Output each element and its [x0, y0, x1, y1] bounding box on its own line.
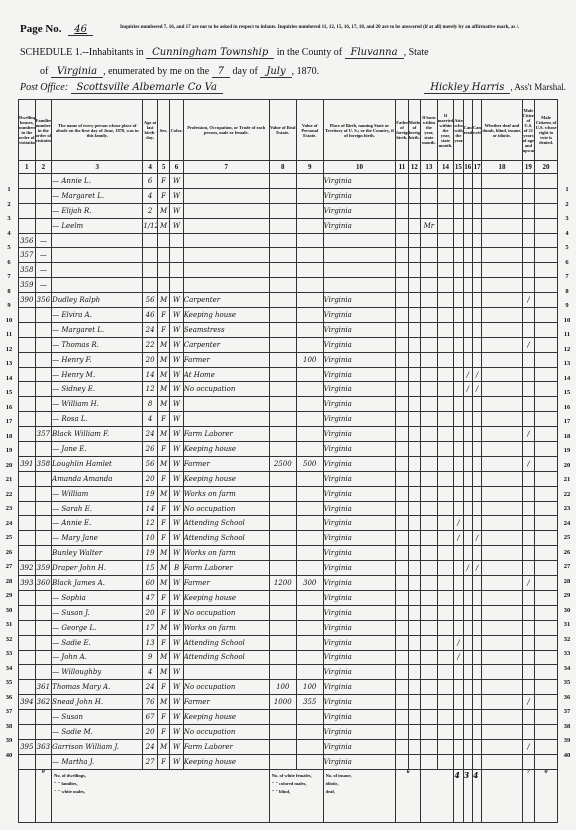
family-number: [35, 665, 52, 680]
column-number: 16: [463, 161, 472, 174]
table-row: 392359Draper John H.15MBFarm LaborerVirg…: [19, 561, 558, 576]
vote-denied: [535, 695, 558, 710]
citizen-21: [522, 531, 534, 546]
line-number: 40: [562, 752, 572, 759]
sex: M: [157, 382, 169, 397]
vote-denied: [535, 427, 558, 442]
dwellings-label: No. of dwellings,: [54, 773, 267, 778]
table-row: 357—: [19, 248, 558, 263]
birthplace: Virginia: [323, 367, 396, 382]
sex: F: [157, 442, 169, 457]
real-estate-value: [269, 486, 296, 501]
dwelling-number: [19, 486, 36, 501]
occupation: [183, 188, 269, 203]
line-number: 32: [4, 636, 14, 643]
attended-school: /: [454, 650, 463, 665]
color: [170, 233, 183, 248]
dwelling-number: [19, 471, 36, 486]
column-number: 1: [19, 161, 36, 174]
age: 27: [143, 754, 158, 769]
tally-write: 4: [472, 769, 481, 822]
age: 4: [143, 188, 158, 203]
birthplace: Virginia: [323, 635, 396, 650]
citizen-21: [522, 471, 534, 486]
dwelling-number: [19, 174, 36, 189]
attended-school: [454, 665, 463, 680]
vote-denied: [535, 516, 558, 531]
line-number: 29: [4, 592, 14, 599]
father-foreign: [396, 546, 408, 561]
birthplace: Virginia: [323, 680, 396, 695]
line-number: 11: [4, 331, 14, 338]
color: B: [170, 561, 183, 576]
personal-estate-value: [296, 188, 323, 203]
real-estate-value: [269, 427, 296, 442]
disability: [482, 561, 522, 576]
color: W: [170, 516, 183, 531]
citizen-21: [522, 174, 534, 189]
disability: [482, 263, 522, 278]
footer-counts-mid: No. of white females, " " colored males,…: [269, 769, 323, 822]
line-number: 30: [562, 607, 572, 614]
cannot-write: [472, 635, 481, 650]
mother-foreign: [408, 248, 420, 263]
born-month: [421, 278, 438, 293]
father-foreign: [396, 605, 408, 620]
vote-denied: [535, 337, 558, 352]
vote-denied: [535, 397, 558, 412]
family-number: [35, 471, 52, 486]
born-month: [421, 203, 438, 218]
line-number: 33: [562, 650, 572, 657]
vote-denied: [535, 546, 558, 561]
col-vote-denied: Male Citizens of U.S. whose right to vot…: [535, 100, 558, 161]
real-estate-value: [269, 322, 296, 337]
cannot-write: [472, 620, 481, 635]
column-number: 13: [421, 161, 438, 174]
line-number: 16: [562, 404, 572, 411]
color: W: [170, 680, 183, 695]
family-number: —: [35, 263, 52, 278]
person-name: — John A.: [52, 650, 143, 665]
vote-denied: [535, 486, 558, 501]
married-month: [437, 754, 454, 769]
personal-estate-value: [296, 531, 323, 546]
vote-denied: [535, 710, 558, 725]
cannot-read: [463, 188, 472, 203]
cannot-write: [472, 248, 481, 263]
real-estate-value: [269, 248, 296, 263]
disability: [482, 471, 522, 486]
sex: M: [157, 561, 169, 576]
father-foreign: [396, 442, 408, 457]
color: W: [170, 724, 183, 739]
vote-denied: [535, 590, 558, 605]
cannot-write: [472, 724, 481, 739]
citizen-21: [522, 352, 534, 367]
disability: [482, 382, 522, 397]
married-month: [437, 263, 454, 278]
born-month: [421, 665, 438, 680]
person-name: Garrison William J.: [52, 739, 143, 754]
dwelling-number: 394: [19, 695, 36, 710]
line-number: 37: [4, 708, 14, 715]
line-number: 14: [4, 375, 14, 382]
occupation: Keeping house: [183, 471, 269, 486]
citizen-21: [522, 561, 534, 576]
age: 14: [143, 501, 158, 516]
dwelling-number: [19, 724, 36, 739]
born-month: [421, 293, 438, 308]
birthplace: Virginia: [323, 576, 396, 591]
person-name: — Henry F.: [52, 352, 143, 367]
census-rows: — Annie L.6FWVirginia— Margaret L.4FWVir…: [19, 174, 558, 770]
sex: [157, 278, 169, 293]
married-month: [437, 412, 454, 427]
occupation: [183, 412, 269, 427]
color: W: [170, 576, 183, 591]
born-month: [421, 650, 438, 665]
table-row: — Sophia47FWKeeping houseVirginia: [19, 590, 558, 605]
real-estate-value: [269, 531, 296, 546]
citizen-21: [522, 501, 534, 516]
column-number: 8: [269, 161, 296, 174]
line-number: 1: [562, 186, 572, 193]
table-row: 357Black William F.24MWFarm LaborerVirgi…: [19, 427, 558, 442]
mother-foreign: [408, 501, 420, 516]
sex: M: [157, 203, 169, 218]
mother-foreign: [408, 471, 420, 486]
line-number: 4: [4, 230, 14, 237]
person-name: — Jane E.: [52, 442, 143, 457]
birthplace: Virginia: [323, 516, 396, 531]
personal-estate-value: 100: [296, 680, 323, 695]
vote-denied: [535, 442, 558, 457]
citizen-21: /: [522, 739, 534, 754]
married-month: [437, 471, 454, 486]
real-estate-value: 1000: [269, 695, 296, 710]
age: [143, 263, 158, 278]
cannot-write: [472, 427, 481, 442]
personal-estate-value: [296, 397, 323, 412]
cannot-read: [463, 680, 472, 695]
age: 56: [143, 293, 158, 308]
sex: M: [157, 576, 169, 591]
attended-school: /: [454, 635, 463, 650]
disability: [482, 546, 522, 561]
line-number: 29: [562, 592, 572, 599]
white-males-label: " " white males,: [54, 789, 267, 794]
sex: [157, 263, 169, 278]
person-name: — Annie E.: [52, 516, 143, 531]
age: 20: [143, 352, 158, 367]
line-number: 24: [4, 520, 14, 527]
dwelling-number: [19, 337, 36, 352]
sex: F: [157, 724, 169, 739]
vote-denied: [535, 188, 558, 203]
families-label: " " families,: [54, 781, 267, 786]
citizen-21: [522, 754, 534, 769]
disability: [482, 218, 522, 233]
birthplace: Virginia: [323, 605, 396, 620]
father-foreign: [396, 576, 408, 591]
col-disability: Whether deaf and dumb, blind, insane, or…: [482, 100, 522, 161]
table-row: 361Thomas Mary A.24FWNo occupation100100…: [19, 680, 558, 695]
person-name: Thomas Mary A.: [52, 680, 143, 695]
disability: [482, 337, 522, 352]
person-name: — Mary Jane: [52, 531, 143, 546]
dwelling-number: [19, 501, 36, 516]
birthplace: Virginia: [323, 337, 396, 352]
table-row: 358—: [19, 263, 558, 278]
line-number: 39: [562, 737, 572, 744]
birthplace: Virginia: [323, 352, 396, 367]
age: 76: [143, 695, 158, 710]
born-month: [421, 680, 438, 695]
disability: [482, 680, 522, 695]
attended-school: [454, 308, 463, 323]
disability: [482, 620, 522, 635]
cannot-read: [463, 650, 472, 665]
line-number: 12: [4, 346, 14, 353]
disability: [482, 412, 522, 427]
occupation: Carpenter: [183, 293, 269, 308]
real-estate-value: [269, 233, 296, 248]
schedule-prefix: SCHEDULE 1.--Inhabitants in: [20, 47, 144, 58]
line-number: 3: [562, 215, 572, 222]
father-foreign: [396, 531, 408, 546]
column-number: 15: [454, 161, 463, 174]
citizen-21: /: [522, 427, 534, 442]
birthplace: Virginia: [323, 546, 396, 561]
table-row: — Sidney E.12MWNo occupationVirginia//: [19, 382, 558, 397]
real-estate-value: [269, 501, 296, 516]
color: W: [170, 590, 183, 605]
real-estate-value: [269, 352, 296, 367]
personal-estate-value: [296, 516, 323, 531]
real-estate-value: [269, 516, 296, 531]
line-number: 18: [4, 433, 14, 440]
line-number: 9: [562, 302, 572, 309]
cannot-read: [463, 739, 472, 754]
column-number: 4: [143, 161, 158, 174]
birthplace: Virginia: [323, 739, 396, 754]
real-estate-value: [269, 218, 296, 233]
line-number: 11: [562, 331, 572, 338]
citizen-21: [522, 397, 534, 412]
marshal-label: , Ass't Marshal.: [510, 82, 566, 92]
mother-foreign: [408, 680, 420, 695]
cannot-write: [472, 263, 481, 278]
citizen-21: [522, 650, 534, 665]
married-month: [437, 605, 454, 620]
citizen-21: [522, 188, 534, 203]
table-row: — George L.17MWWorks on farmVirginia: [19, 620, 558, 635]
family-number: [35, 322, 52, 337]
personal-estate-value: [296, 203, 323, 218]
real-estate-value: [269, 620, 296, 635]
cannot-write: [472, 174, 481, 189]
married-month: [437, 501, 454, 516]
page-label: Page No.: [20, 23, 62, 35]
married-month: [437, 724, 454, 739]
cannot-write: [472, 442, 481, 457]
father-foreign: [396, 188, 408, 203]
enumerated-label: , enumerated by me on the: [103, 66, 209, 77]
mother-foreign: [408, 263, 420, 278]
age: 24: [143, 322, 158, 337]
mother-foreign: [408, 442, 420, 457]
cannot-read: [463, 665, 472, 680]
attended-school: [454, 203, 463, 218]
col-mother-foreign: Mother of foreign birth.: [408, 100, 420, 161]
cannot-write: [472, 665, 481, 680]
age: 14: [143, 367, 158, 382]
col-citizen: Male Citizens of U.S. of 21 years of age…: [522, 100, 534, 161]
age: [143, 248, 158, 263]
person-name: Snead John H.: [52, 695, 143, 710]
born-month: [421, 427, 438, 442]
father-foreign: [396, 337, 408, 352]
occupation: [183, 248, 269, 263]
mother-foreign: [408, 188, 420, 203]
real-estate-value: [269, 397, 296, 412]
born-month: [421, 516, 438, 531]
mother-foreign: [408, 397, 420, 412]
cannot-write: [472, 516, 481, 531]
citizen-21: [522, 665, 534, 680]
table-row: — Willoughby4MWVirginia: [19, 665, 558, 680]
person-name: Dudley Ralph: [52, 293, 143, 308]
post-office: Scottsville Albemarle Co Va: [71, 82, 223, 94]
sex: M: [157, 367, 169, 382]
vote-denied: [535, 456, 558, 471]
father-foreign: [396, 203, 408, 218]
color: W: [170, 218, 183, 233]
table-row: — Sarah E.14FWNo occupationVirginia: [19, 501, 558, 516]
person-name: Bunley Walter: [52, 546, 143, 561]
attended-school: [454, 218, 463, 233]
mother-foreign: [408, 739, 420, 754]
person-name: — William: [52, 486, 143, 501]
personal-estate-value: [296, 322, 323, 337]
sex: M: [157, 695, 169, 710]
dwelling-number: [19, 412, 36, 427]
vote-denied: [535, 174, 558, 189]
occupation: Keeping house: [183, 308, 269, 323]
mother-foreign: [408, 650, 420, 665]
dwelling-number: 357: [19, 248, 36, 263]
citizen-21: /: [522, 293, 534, 308]
cannot-read: [463, 218, 472, 233]
vote-denied: [535, 561, 558, 576]
cannot-write: [472, 695, 481, 710]
birthplace: Virginia: [323, 427, 396, 442]
real-estate-value: [269, 710, 296, 725]
personal-estate-value: [296, 635, 323, 650]
mother-foreign: [408, 278, 420, 293]
citizen-21: [522, 218, 534, 233]
real-estate-value: [269, 412, 296, 427]
birthplace: Virginia: [323, 650, 396, 665]
line-number: 6: [562, 259, 572, 266]
father-foreign: [396, 486, 408, 501]
father-foreign: [396, 233, 408, 248]
cannot-write: [472, 233, 481, 248]
family-number: [35, 650, 52, 665]
table-row: — Annie L.6FWVirginia: [19, 174, 558, 189]
family-number: [35, 620, 52, 635]
birthplace: Virginia: [323, 308, 396, 323]
disability: [482, 293, 522, 308]
color: W: [170, 665, 183, 680]
line-number: 28: [4, 578, 14, 585]
col-occupation: Profession, Occupation, or Trade of each…: [183, 100, 269, 161]
born-month: [421, 531, 438, 546]
citizen-21: [522, 322, 534, 337]
occupation: [183, 263, 269, 278]
married-month: [437, 337, 454, 352]
line-number: 8: [4, 288, 14, 295]
line-number: 10: [4, 317, 14, 324]
citizen-21: [522, 680, 534, 695]
col-married-month: If married within the year, state month.: [437, 100, 454, 161]
birthplace: Virginia: [323, 590, 396, 605]
attended-school: [454, 337, 463, 352]
born-month: [421, 605, 438, 620]
occupation: Farmer: [183, 576, 269, 591]
married-month: [437, 590, 454, 605]
married-month: [437, 397, 454, 412]
mother-foreign: [408, 695, 420, 710]
sex: M: [157, 456, 169, 471]
line-number: 35: [562, 679, 572, 686]
disability: [482, 486, 522, 501]
married-month: [437, 188, 454, 203]
line-number: 31: [562, 621, 572, 628]
sex: M: [157, 486, 169, 501]
cannot-write: [472, 710, 481, 725]
attended-school: [454, 724, 463, 739]
family-number: [35, 546, 52, 561]
personal-estate-value: [296, 471, 323, 486]
age: 20: [143, 471, 158, 486]
sex: F: [157, 516, 169, 531]
color: W: [170, 695, 183, 710]
vote-denied: [535, 471, 558, 486]
married-month: [437, 665, 454, 680]
age: 2: [143, 203, 158, 218]
family-number: 362: [35, 695, 52, 710]
dwelling-number: 356: [19, 233, 36, 248]
married-month: [437, 218, 454, 233]
age: 15: [143, 561, 158, 576]
occupation: At Home: [183, 367, 269, 382]
cannot-read: [463, 620, 472, 635]
birthplace: Virginia: [323, 456, 396, 471]
married-month: [437, 248, 454, 263]
line-number: 13: [562, 360, 572, 367]
tally-vote: 0: [535, 769, 558, 822]
real-estate-value: 2500: [269, 456, 296, 471]
col-color: Color.: [170, 100, 183, 161]
person-name: — Annie L.: [52, 174, 143, 189]
person-name: — Susan: [52, 710, 143, 725]
family-number: 356: [35, 293, 52, 308]
dwelling-number: [19, 442, 36, 457]
sex: F: [157, 710, 169, 725]
disability: [482, 174, 522, 189]
